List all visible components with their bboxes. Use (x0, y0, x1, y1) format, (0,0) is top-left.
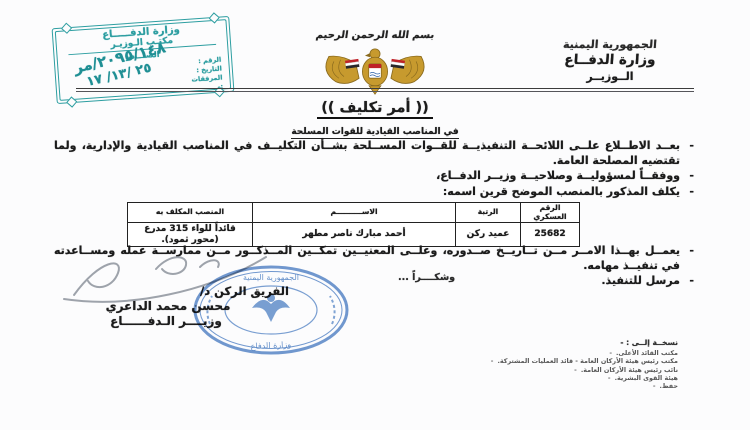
assignment-lead-text: يكلف المذكور بالمنصب الموضح قرين اسمه: (54, 184, 680, 199)
order-title: (( أمر تكليف )) (317, 100, 433, 119)
preamble-text: بعــد الاطــلاع علــى اللائحــة التنفيذي… (54, 138, 680, 168)
item-dash-icon: - (574, 366, 577, 374)
distribution-text: نائب رئيس هيئة الأركان العامة. (581, 366, 678, 374)
col-assigned-post: المنصب المكلف به (128, 203, 253, 223)
bullet-dash-icon: - (680, 138, 694, 168)
country-name: الجمهورية اليمنية (520, 38, 701, 51)
order-title-block: (( أمر تكليف )) في المناصب القيادية للقو… (0, 97, 750, 139)
col-military-number: الرقم العسكري (521, 203, 580, 223)
item-dash-icon: - (653, 382, 656, 390)
thanks-note: وشكــــراً ... (398, 272, 455, 283)
scanned-order-document: الجمهورية اليمنية وزارة الدفــاع الــوزي… (0, 0, 750, 430)
distribution-text: مكتب رئيس هيئة الأركان العامة - قائد الع… (497, 357, 678, 365)
minister-office-label: الــوزيــر (520, 70, 700, 83)
ministry-name: وزارة الدفــاع (519, 52, 700, 68)
distribution-heading: نسخــة إلــى : - (410, 338, 678, 347)
seal-top-text: الجمهورية اليمنية (243, 273, 299, 282)
order-preamble: - بعــد الاطــلاع علــى اللائحــة التنفي… (54, 138, 694, 199)
preamble-item: - يكلف المذكور بالمنصب الموضح قرين اسمه: (54, 184, 694, 199)
distribution-item: نائب رئيس هيئة الأركان العامة. - (410, 366, 678, 374)
preamble-text: ووفقــاً لمسؤوليــة وصلاحيــة وزيــر الد… (54, 168, 680, 183)
bullet-dash-icon: - (680, 273, 694, 288)
distribution-item: مكتب رئيس هيئة الأركان العامة - قائد الع… (410, 357, 678, 365)
distribution-text: هيئة القوى البشرية. (615, 374, 678, 382)
col-rank: الرتبة (456, 203, 521, 223)
table-header-row: الرقم العسكري الرتبة الاســــــــــم الم… (128, 203, 580, 223)
item-dash-icon: - (491, 357, 494, 365)
distribution-text: حفظ. (660, 382, 678, 390)
bullet-dash-icon: - (680, 184, 694, 199)
distribution-item: هيئة القوى البشرية. - (410, 374, 678, 382)
header-divider-rule (76, 88, 694, 92)
letterhead-right: الجمهورية اليمنية وزارة الدفــاع الــوزي… (520, 38, 700, 83)
distribution-item: حفظ. - (410, 382, 678, 390)
col-name: الاســــــــــم (253, 203, 456, 223)
seal-bottom-text: وزارة الدفاع (250, 340, 291, 351)
item-dash-icon: - (608, 374, 611, 382)
preamble-item: - ووفقــاً لمسؤوليــة وصلاحيــة وزيــر ا… (54, 168, 694, 183)
ministry-round-seal: الجمهورية اليمنية وزارة الدفاع (190, 264, 352, 356)
item-dash-icon: - (609, 349, 612, 357)
bismillah-calligraphy: بسم الله الرحمن الرحيم (294, 30, 456, 41)
bullet-dash-icon: - (680, 168, 694, 183)
assignment-table: الرقم العسكري الرتبة الاســــــــــم الم… (127, 202, 580, 247)
bullet-dash-icon: - (680, 243, 694, 273)
distribution-text: مكتب القائد الأعلى. (616, 349, 678, 357)
preamble-item: - بعــد الاطــلاع علــى اللائحــة التنفي… (54, 138, 694, 168)
distribution-list: نسخــة إلــى : - مكتب القائد الأعلى. - م… (410, 338, 678, 391)
distribution-item: مكتب القائد الأعلى. - (410, 349, 678, 357)
